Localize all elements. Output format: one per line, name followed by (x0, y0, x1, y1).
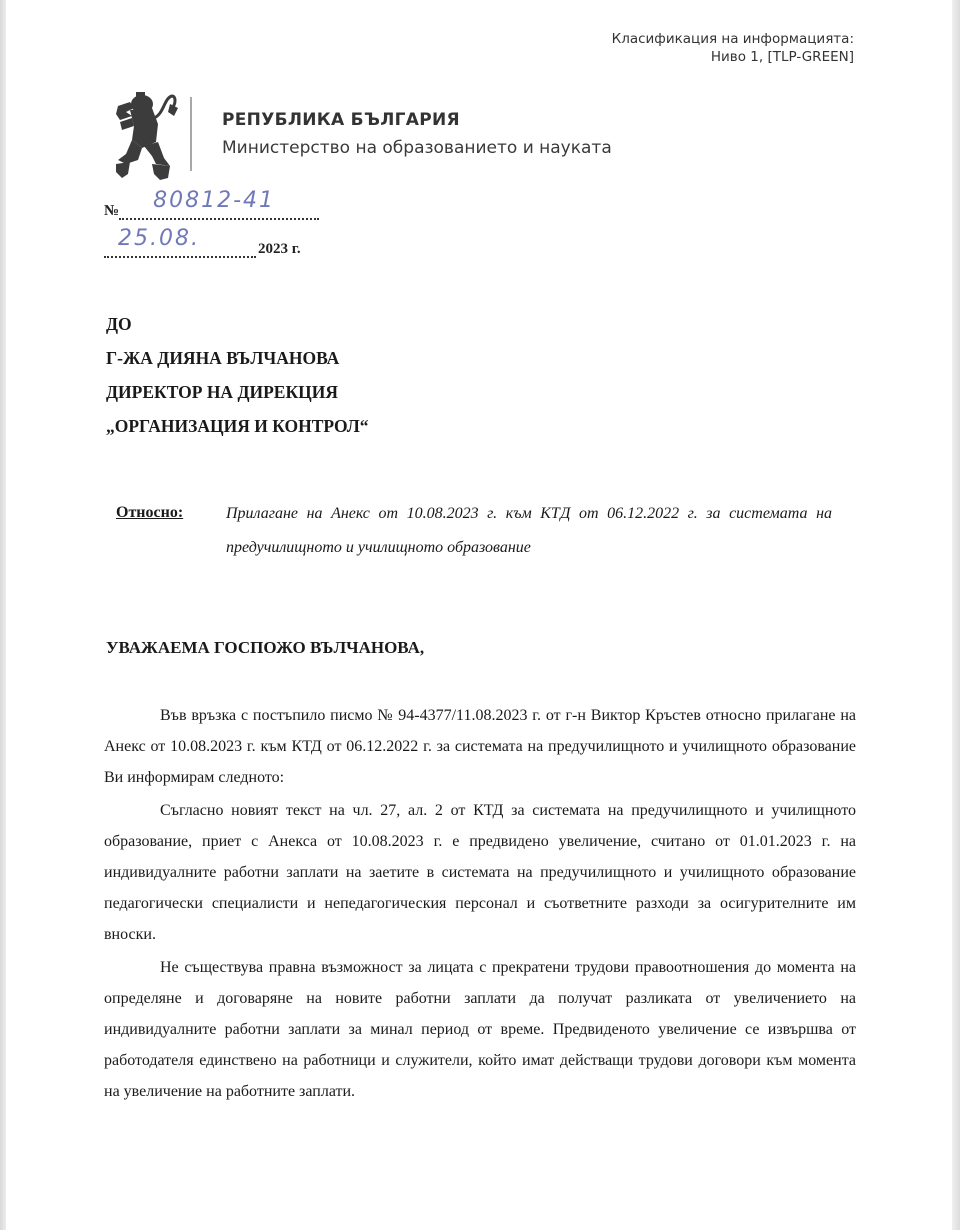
classification-label: Класификация на информацията: (612, 30, 854, 48)
addressee-block: ДО Г-ЖА ДИЯНА ВЪЛЧАНОВА ДИРЕКТОР НА ДИРЕ… (106, 307, 369, 443)
addressee-position: ДИРЕКТОР НА ДИРЕКЦИЯ (106, 375, 369, 409)
classification-level: Ниво 1, [TLP-GREEN] (612, 48, 854, 66)
page-right-edge (952, 0, 960, 1230)
issuer-ministry: Министерство на образованието и науката (222, 138, 612, 158)
bulgarian-lion-coat-of-arms-icon (112, 90, 184, 182)
classification-block: Класификация на информацията: Ниво 1, [T… (612, 30, 854, 66)
subject-text: Прилагане на Анекс от 10.08.2023 г. към … (226, 497, 832, 565)
addressee-to: ДО (106, 307, 369, 341)
handwritten-registration-date: 25.08. (118, 226, 200, 251)
issuer-country: РЕПУБЛИКА БЪЛГАРИЯ (222, 110, 460, 130)
addressee-directorate: „ОРГАНИЗАЦИЯ И КОНТРОЛ“ (106, 409, 369, 443)
body-paragraph: Не съществува правна възможност за лицат… (104, 952, 856, 1107)
number-sign: № (104, 203, 119, 219)
page-left-edge (0, 0, 6, 1230)
body-paragraph: Съгласно новият текст на чл. 27, ал. 2 о… (104, 795, 856, 950)
header-divider (190, 97, 192, 171)
registration-number-line: №80812-41 (104, 200, 319, 220)
subject-label: Относно: (116, 504, 183, 522)
body-paragraph: Във връзка с постъпило писмо № 94-4377/1… (104, 700, 856, 793)
registration-number-field: 80812-41 (119, 200, 319, 220)
registration-date-field: 25.08. (104, 240, 256, 258)
handwritten-registration-number: 80812-41 (153, 188, 275, 213)
registration-year: 2023 г. (258, 241, 301, 257)
salutation: УВАЖАЕМА ГОСПОЖО ВЪЛЧАНОВА, (106, 638, 424, 658)
document-page: Класификация на информацията: Ниво 1, [T… (0, 0, 960, 1230)
letter-body: Във връзка с постъпило писмо № 94-4377/1… (104, 700, 856, 1109)
registration-date-line: 25.08.2023 г. (104, 240, 301, 258)
addressee-name: Г-ЖА ДИЯНА ВЪЛЧАНОВА (106, 341, 369, 375)
